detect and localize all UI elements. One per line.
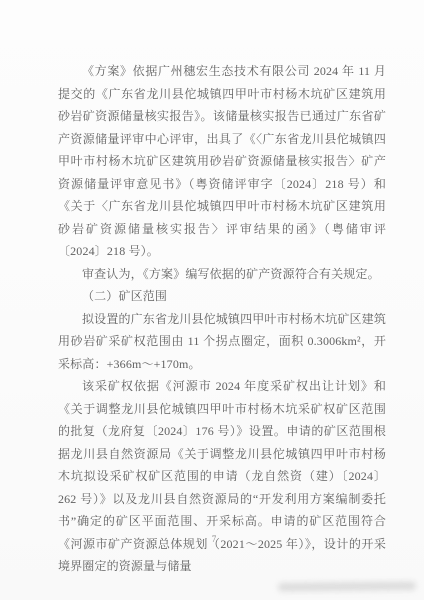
document-text-block: 《方案》依据广州穗宏生态技术有限公司 2024 年 11 月提交的《广东省龙川县…: [58, 60, 386, 578]
page-number: 7: [204, 534, 224, 544]
paragraph-mining-right-basis: 该采矿权依据《河源市 2024 年度采矿权出让计划》和《关于调整龙川县佗城镇四甲…: [58, 375, 386, 578]
document-page: 《方案》依据广州穗宏生态技术有限公司 2024 年 11 月提交的《广东省龙川县…: [0, 0, 424, 600]
section-heading-mining-area: （二）矿区范围: [58, 285, 386, 308]
paragraph-basis: 《方案》依据广州穗宏生态技术有限公司 2024 年 11 月提交的《广东省龙川县…: [58, 60, 386, 263]
paragraph-mining-area-extent: 拟设置的广东省龙川县佗城镇四甲叶市村杨木坑矿区建筑用砂岩矿采矿权范围由 11 个…: [58, 308, 386, 376]
paragraph-review-opinion: 审查认为，《方案》编写依据的矿产资源符合有关规定。: [58, 263, 386, 286]
scan-artifact-smudge: [278, 581, 416, 591]
